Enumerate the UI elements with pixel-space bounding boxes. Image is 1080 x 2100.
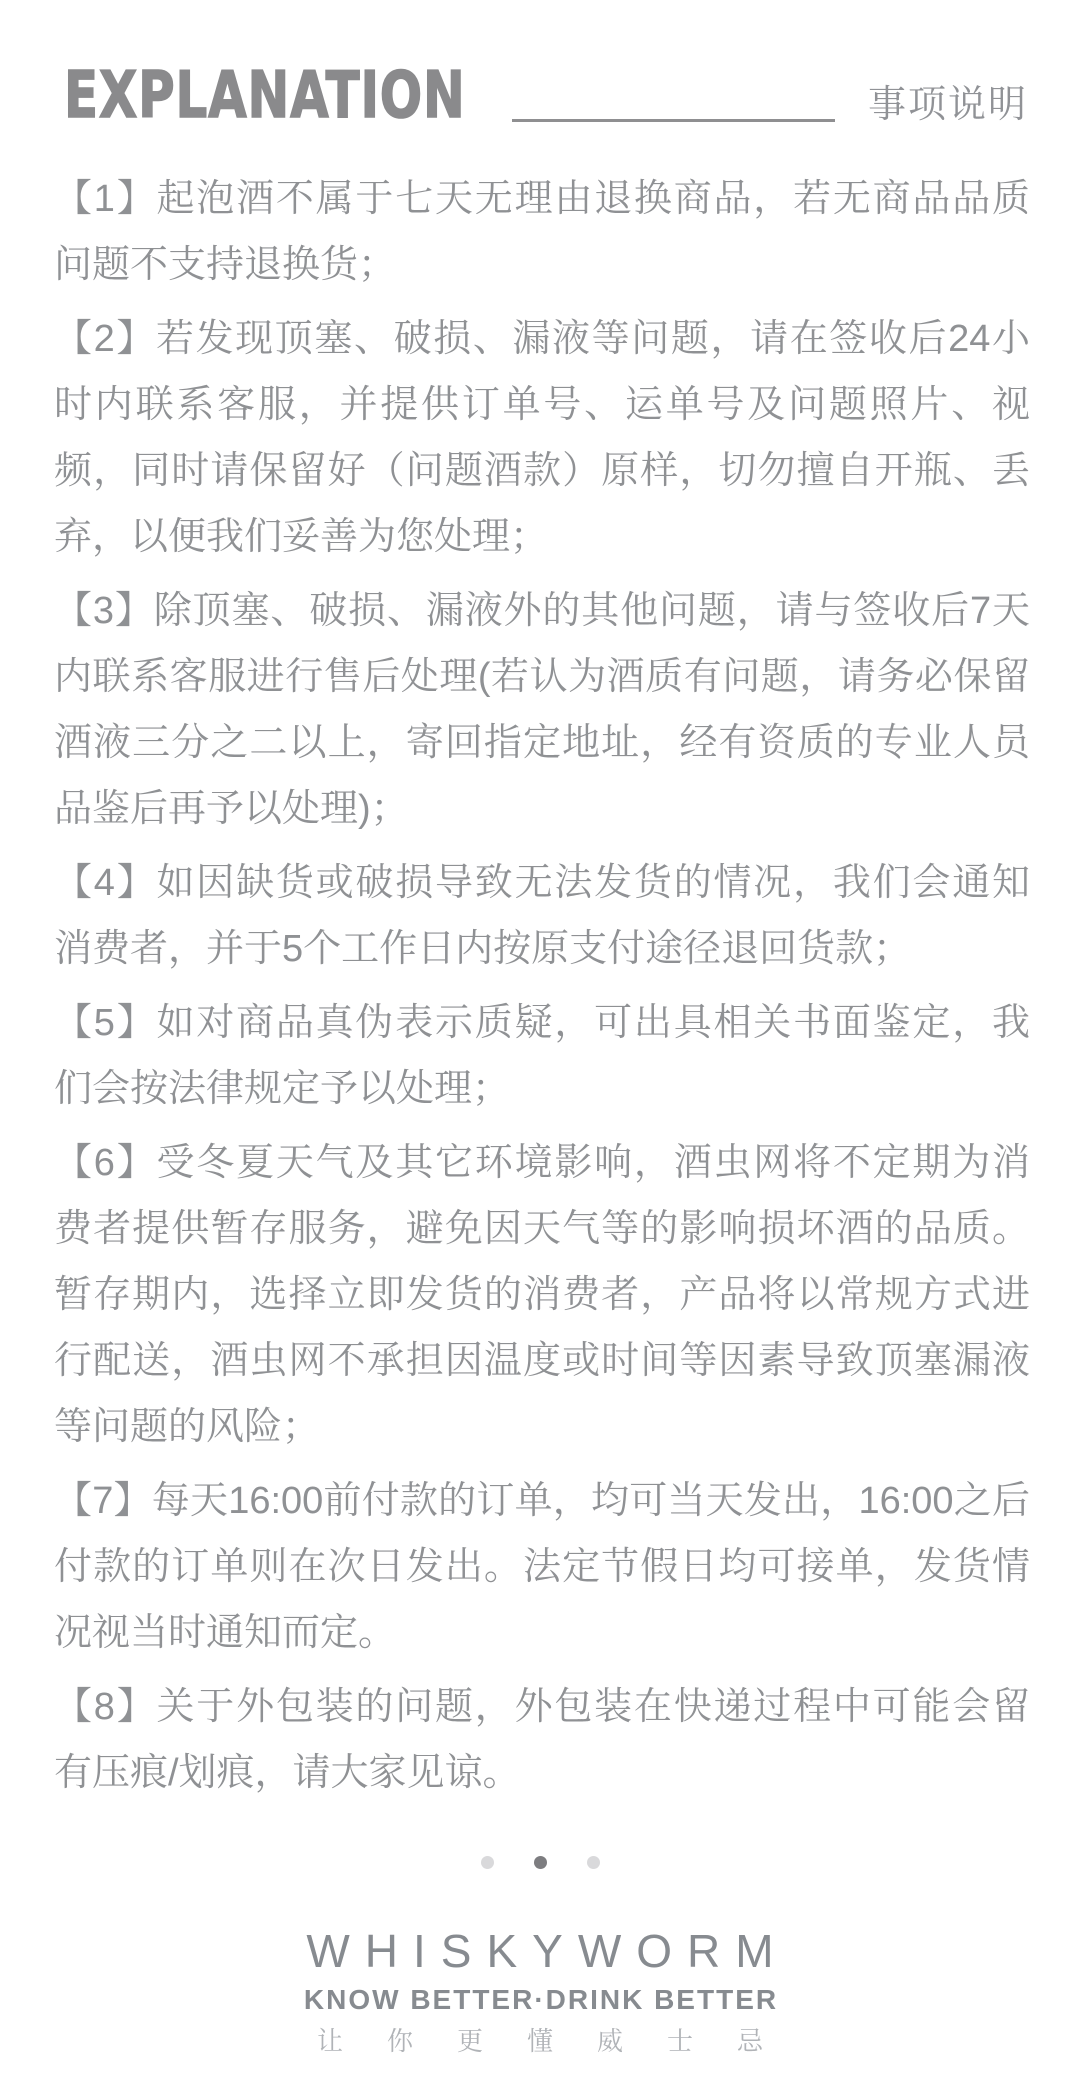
paragraph-line: 弃，以便我们妥善为您处理； [54, 504, 1030, 570]
paragraph-line: 【6】受冬夏天气及其它环境影响，酒虫网将不定期为消 [54, 1130, 1030, 1196]
paragraph-line: 【2】若发现顶塞、破损、漏液等问题，请在签收后24小 [54, 306, 1030, 372]
policy-paragraph: 【6】受冬夏天气及其它环境影响，酒虫网将不定期为消费者提供暂存服务，避免因天气等… [54, 1130, 1030, 1460]
paragraph-line: 行配送，酒虫网不承担因温度或时间等因素导致顶塞漏液 [54, 1328, 1030, 1394]
paragraph-line: 付款的订单则在次日发出。法定节假日均可接单，发货情 [54, 1534, 1030, 1600]
carousel-dot[interactable] [587, 1856, 600, 1869]
policy-paragraph: 【3】除顶塞、破损、漏液外的其他问题，请与签收后7天内联系客服进行售后处理(若认… [54, 578, 1030, 842]
carousel-indicator [0, 1850, 1080, 1876]
paragraph-line: 暂存期内，选择立即发货的消费者，产品将以常规方式进 [54, 1262, 1030, 1328]
policy-paragraph: 【7】每天16:00前付款的订单，均可当天发出，16:00之后付款的订单则在次日… [54, 1468, 1030, 1666]
paragraph-line: 频，同时请保留好（问题酒款）原样，切勿擅自开瓶、丢 [54, 438, 1030, 504]
carousel-dot-active[interactable] [534, 1856, 547, 1869]
paragraph-line: 酒液三分之二以上，寄回指定地址，经有资质的专业人员 [54, 710, 1030, 776]
policy-list: 【1】起泡酒不属于七天无理由退换商品，若无商品品质问题不支持退换货；【2】若发现… [54, 166, 1030, 1806]
paragraph-line: 【4】如因缺货或破损导致无法发货的情况，我们会通知 [54, 850, 1030, 916]
paragraph-line: 消费者，并于5个工作日内按原支付途径退回货款； [54, 916, 1030, 982]
page-subtitle: 事项说明 [868, 86, 1028, 124]
paragraph-line: 【3】除顶塞、破损、漏液外的其他问题，请与签收后7天 [54, 578, 1030, 644]
paragraph-line: 况视当时通知而定。 [54, 1600, 1030, 1666]
paragraph-line: 【1】起泡酒不属于七天无理由退换商品，若无商品品质 [54, 166, 1030, 232]
paragraph-line: 【5】如对商品真伪表示质疑，可出具相关书面鉴定，我 [54, 990, 1030, 1056]
page-title: EXPLANATION [64, 64, 466, 128]
brand-logo-text: WHISKYWORM [306, 1928, 788, 1974]
paragraph-line: 们会按法律规定予以处理； [54, 1056, 1030, 1122]
brand-slogan-en: KNOW BETTER·DRINK BETTER [304, 1986, 778, 2014]
paragraph-line: 内联系客服进行售后处理(若认为酒质有问题，请务必保留 [54, 644, 1030, 710]
paragraph-line: 【7】每天16:00前付款的订单，均可当天发出，16:00之后 [54, 1468, 1030, 1534]
brand-footer: WHISKYWORM KNOW BETTER·DRINK BETTER 让你更懂… [0, 1928, 1080, 2055]
paragraph-line: 【8】关于外包装的问题，外包装在快递过程中可能会留 [54, 1674, 1030, 1740]
policy-paragraph: 【8】关于外包装的问题，外包装在快递过程中可能会留有压痕/划痕，请大家见谅。 [54, 1674, 1030, 1806]
paragraph-line: 等问题的风险； [54, 1394, 1030, 1460]
policy-paragraph: 【2】若发现顶塞、破损、漏液等问题，请在签收后24小时内联系客服，并提供订单号、… [54, 306, 1030, 570]
carousel-dot[interactable] [481, 1856, 494, 1869]
paragraph-line: 时内联系客服，并提供订单号、运单号及问题照片、视 [54, 372, 1030, 438]
policy-paragraph: 【4】如因缺货或破损导致无法发货的情况，我们会通知消费者，并于5个工作日内按原支… [54, 850, 1030, 982]
paragraph-line: 品鉴后再予以处理)； [54, 776, 1030, 842]
paragraph-line: 问题不支持退换货； [54, 232, 1030, 298]
policy-paragraph: 【5】如对商品真伪表示质疑，可出具相关书面鉴定，我们会按法律规定予以处理； [54, 990, 1030, 1122]
brand-slogan-cn: 让你更懂威士忌 [317, 2028, 807, 2054]
paragraph-line: 费者提供暂存服务，避免因天气等的影响损坏酒的品质。 [54, 1196, 1030, 1262]
product-explanation-section: EXPLANATION 事项说明 【1】起泡酒不属于七天无理由退换商品，若无商品… [0, 0, 1080, 2100]
policy-paragraph: 【1】起泡酒不属于七天无理由退换商品，若无商品品质问题不支持退换货； [54, 166, 1030, 298]
paragraph-line: 有压痕/划痕，请大家见谅。 [54, 1740, 1030, 1806]
divider-line [512, 119, 835, 122]
